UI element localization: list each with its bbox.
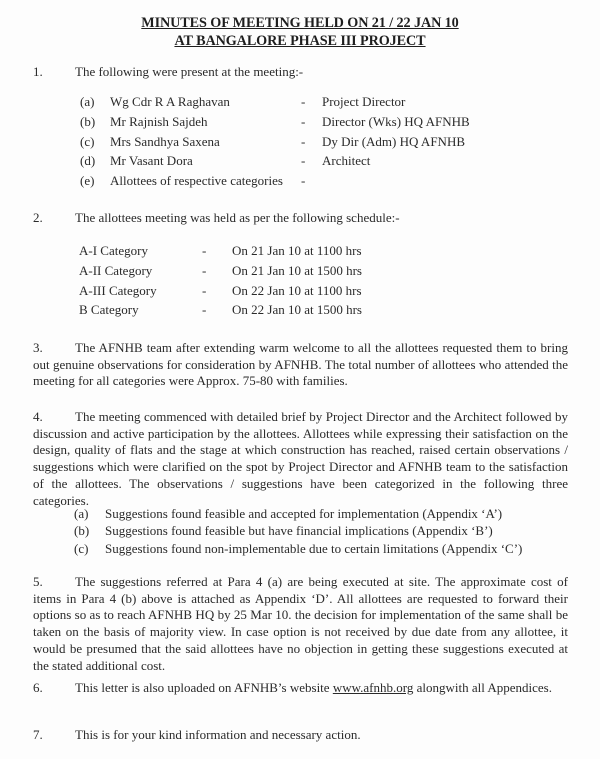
attendee-label: (a) <box>80 94 94 110</box>
attendee-dash: - <box>301 153 305 169</box>
category-label: (b) <box>74 523 89 539</box>
schedule-time: On 22 Jan 10 at 1100 hrs <box>232 283 362 299</box>
para-4: 4.The meeting commenced with detailed br… <box>33 409 568 509</box>
attendee-role: Project Director <box>322 94 405 110</box>
category-text: Suggestions found non-implementable due … <box>105 541 522 557</box>
attendee-dash: - <box>301 94 305 110</box>
para-7-number: 7. <box>33 727 43 743</box>
document-page: MINUTES OF MEETING HELD ON 21 / 22 JAN 1… <box>0 0 600 759</box>
schedule-dash: - <box>202 283 206 299</box>
attendee-dash: - <box>301 114 305 130</box>
attendee-name: Mrs Sandhya Saxena <box>110 134 220 150</box>
category-text: Suggestions found feasible and accepted … <box>105 506 502 522</box>
attendee-name: Mr Vasant Dora <box>110 153 193 169</box>
category-label: (c) <box>74 541 88 557</box>
attendee-label: (b) <box>80 114 95 130</box>
category-label: (a) <box>74 506 88 522</box>
para-3: 3.The AFNHB team after extending warm we… <box>33 340 568 390</box>
schedule-category: A-III Category <box>79 283 157 299</box>
attendee-name: Allottees of respective categories <box>110 173 283 189</box>
schedule-dash: - <box>202 263 206 279</box>
attendee-role: Architect <box>322 153 370 169</box>
attendee-label: (e) <box>80 173 94 189</box>
para-1-number: 1. <box>33 64 43 80</box>
para-4-number: 4. <box>33 409 75 426</box>
attendee-label: (d) <box>80 153 95 169</box>
attendee-label: (c) <box>80 134 94 150</box>
attendee-role: Dy Dir (Adm) HQ AFNHB <box>322 134 465 150</box>
document-title-line-1: MINUTES OF MEETING HELD ON 21 / 22 JAN 1… <box>0 15 600 32</box>
para-2-intro: The allottees meeting was held as per th… <box>75 210 400 226</box>
attendee-dash: - <box>301 134 305 150</box>
para-6-number: 6. <box>33 680 75 697</box>
document-title-line-2: AT BANGALORE PHASE III PROJECT <box>0 33 600 50</box>
para-5: 5.The suggestions referred at Para 4 (a)… <box>33 574 568 674</box>
schedule-time: On 22 Jan 10 at 1500 hrs <box>232 302 362 318</box>
schedule-category: A-I Category <box>79 243 148 259</box>
para-2-number: 2. <box>33 210 43 226</box>
schedule-category: B Category <box>79 302 139 318</box>
schedule-category: A-II Category <box>79 263 152 279</box>
para-1-intro: The following were present at the meetin… <box>75 64 303 80</box>
para-7-text: This is for your kind information and ne… <box>75 727 361 743</box>
para-6: 6.This letter is also uploaded on AFNHB’… <box>33 680 568 697</box>
attendee-role: Director (Wks) HQ AFNHB <box>322 114 470 130</box>
attendee-name: Wg Cdr R A Raghavan <box>110 94 230 110</box>
schedule-dash: - <box>202 243 206 259</box>
para-3-number: 3. <box>33 340 75 357</box>
attendee-dash: - <box>301 173 305 189</box>
schedule-time: On 21 Jan 10 at 1500 hrs <box>232 263 362 279</box>
attendee-name: Mr Rajnish Sajdeh <box>110 114 208 130</box>
schedule-time: On 21 Jan 10 at 1100 hrs <box>232 243 362 259</box>
category-text: Suggestions found feasible but have fina… <box>105 523 493 539</box>
para-5-number: 5. <box>33 574 75 591</box>
website-link[interactable]: www.afnhb.org <box>333 680 414 695</box>
schedule-dash: - <box>202 302 206 318</box>
para-5-text: The suggestions referred at Para 4 (a) a… <box>33 574 568 673</box>
para-6-text-before: This letter is also uploaded on AFNHB’s … <box>75 680 333 695</box>
para-4-text: The meeting commenced with detailed brie… <box>33 409 568 508</box>
para-3-text: The AFNHB team after extending warm welc… <box>33 340 568 388</box>
para-6-text-after: alongwith all Appendices. <box>413 680 552 695</box>
